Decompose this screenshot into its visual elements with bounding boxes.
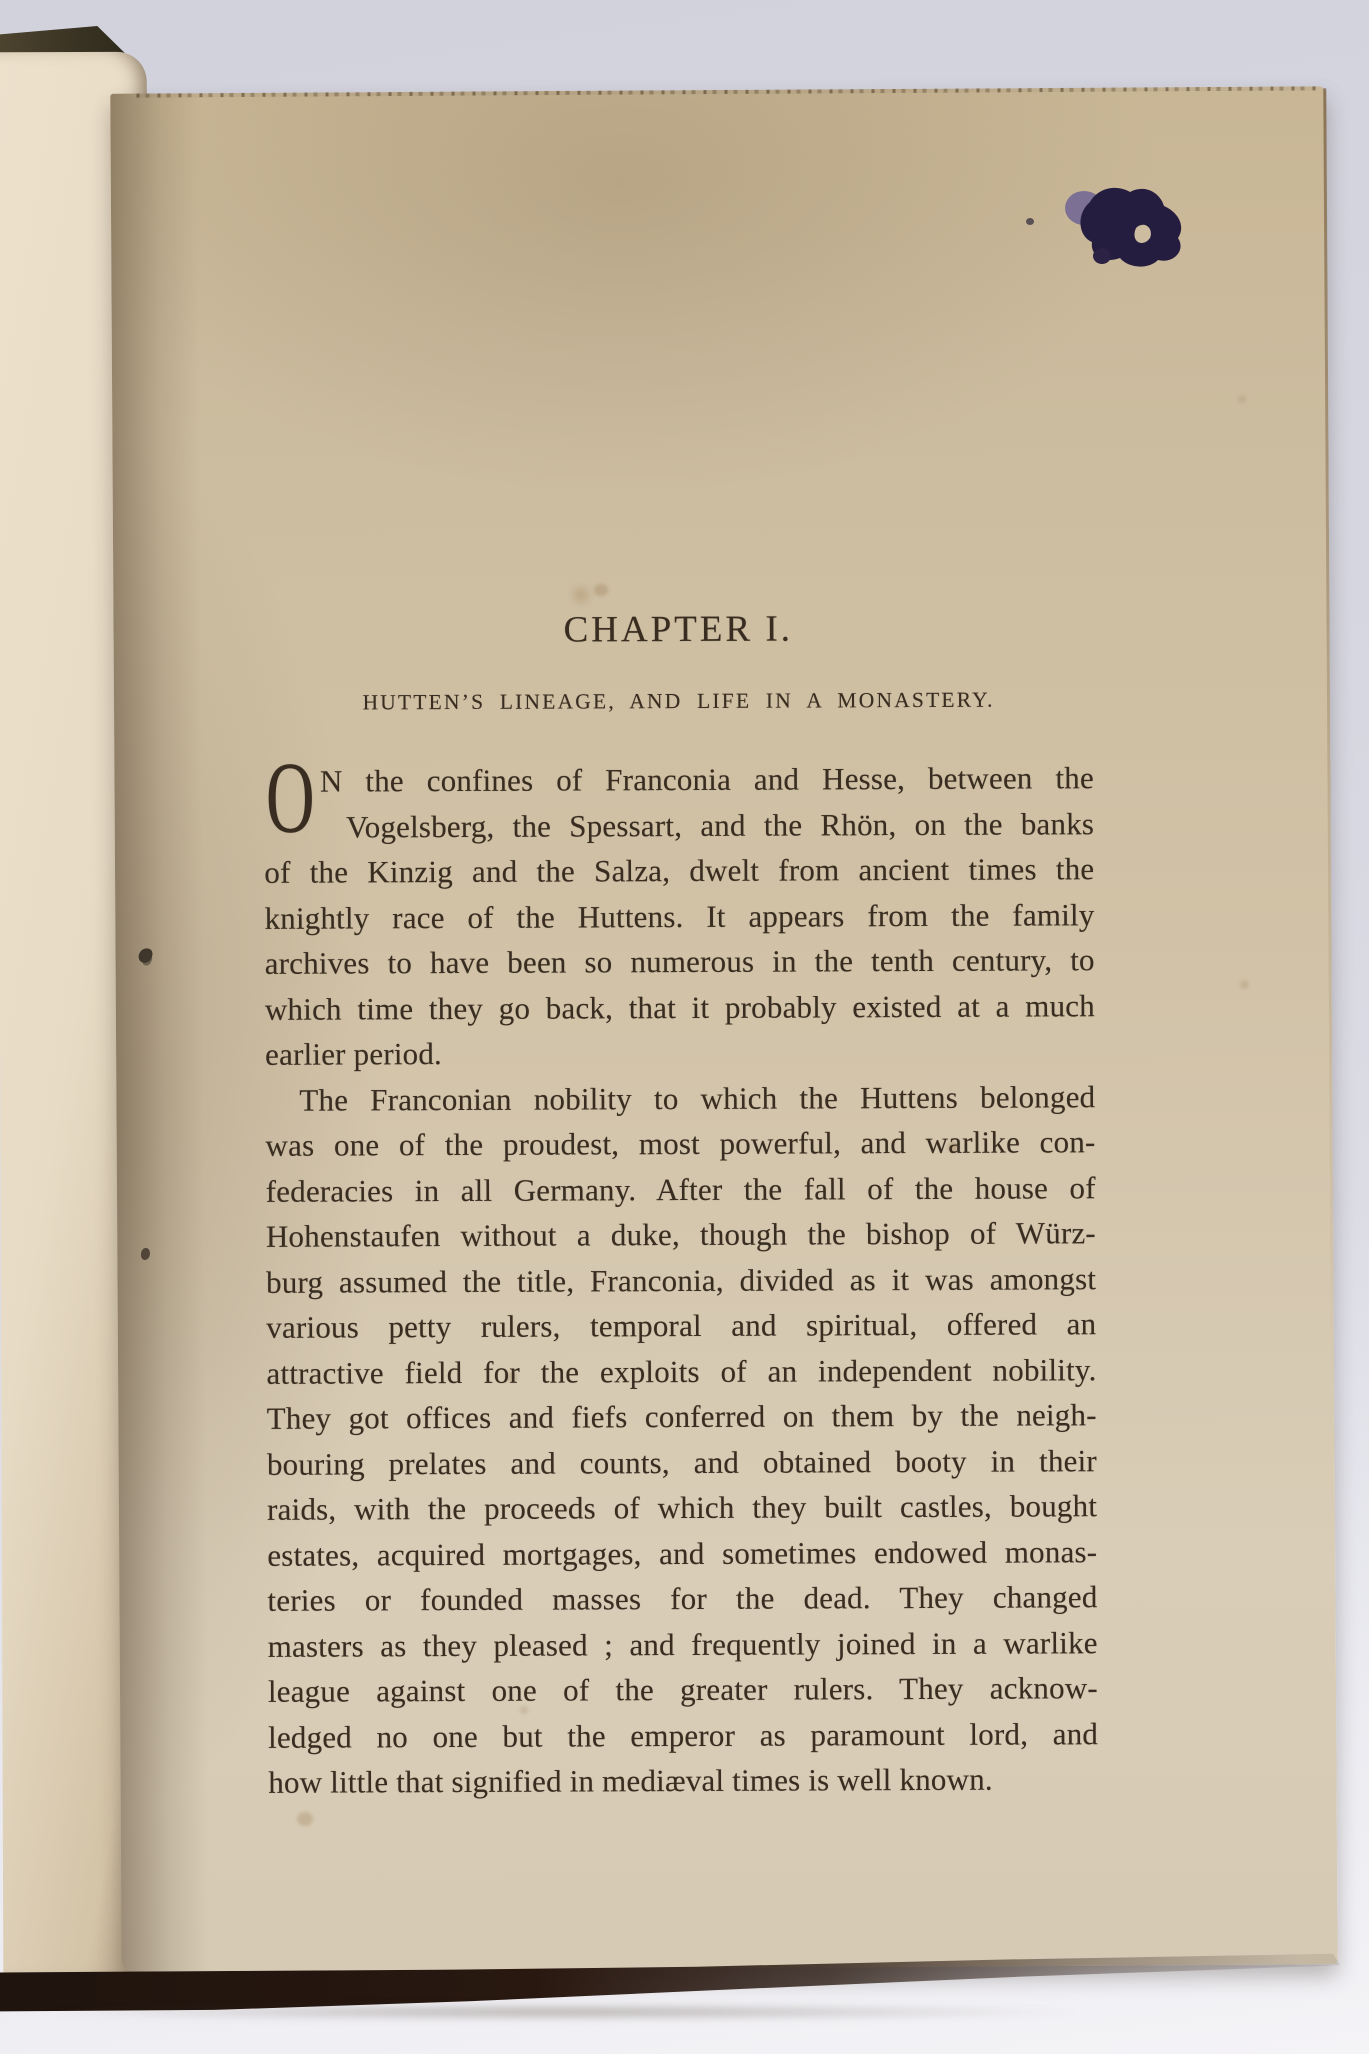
text-line: league against one of the greater rulers… [268,1665,1098,1714]
text-line: knightly race of the Huttens. It appears… [264,892,1094,941]
book-photo: CHAPTER I. HUTTEN’S LINEAGE, AND LIFE IN… [0,0,1369,2054]
text-line: teries or founded masses for the dead. T… [267,1574,1097,1623]
text-line: ledged no one but the emperor as paramou… [268,1711,1098,1760]
text-line: how little that signified in mediæval ti… [268,1756,1098,1805]
text-line: was one of the proudest, most powerful, … [265,1119,1095,1168]
text-line: attractive field for the exploits of an … [266,1347,1096,1396]
text-line: They got offices and fiefs conferred on … [267,1392,1097,1441]
text-line: burg assumed the title, Franconia, divid… [266,1256,1096,1305]
text-line: archives to have been so numerous in the… [265,937,1095,986]
chapter-heading: CHAPTER I. [263,609,1093,650]
text-line: estates, acquired mortgages, and sometim… [267,1529,1097,1578]
text-line: bouring prelates and counts, and obtaine… [267,1438,1097,1487]
printed-text: CHAPTER I. HUTTEN’S LINEAGE, AND LIFE IN… [0,0,1369,2054]
text-line: The Franconian nobility to which the Hut… [265,1074,1095,1123]
text-line: Vogelsberg, the Spessart, and the Rhön, … [264,801,1094,850]
text-line: federacies in all Germany. After the fal… [266,1165,1096,1214]
text-line: masters as they pleased ; and frequently… [268,1620,1098,1669]
text-line: Hohenstaufen without a duke, though the … [266,1210,1096,1259]
text-line: earlier period. [265,1028,1095,1077]
text-line: raids, with the proceeds of which they b… [267,1483,1097,1532]
text-line: N the confines of Franconia and Hesse, b… [264,755,1094,804]
section-subtitle: HUTTEN’S LINEAGE, AND LIFE IN A MONASTER… [264,688,1094,715]
table-shadow [30,2004,1090,2020]
drop-cap: O [266,748,315,850]
text-line: various petty rulers, temporal and spiri… [266,1301,1096,1350]
text-line: of the Kinzig and the Salza, dwelt from … [264,846,1094,895]
body-text: O N the confines of Franconia and Hesse,… [264,755,1099,1805]
text-line: which time they go back, that it probabl… [265,983,1095,1032]
